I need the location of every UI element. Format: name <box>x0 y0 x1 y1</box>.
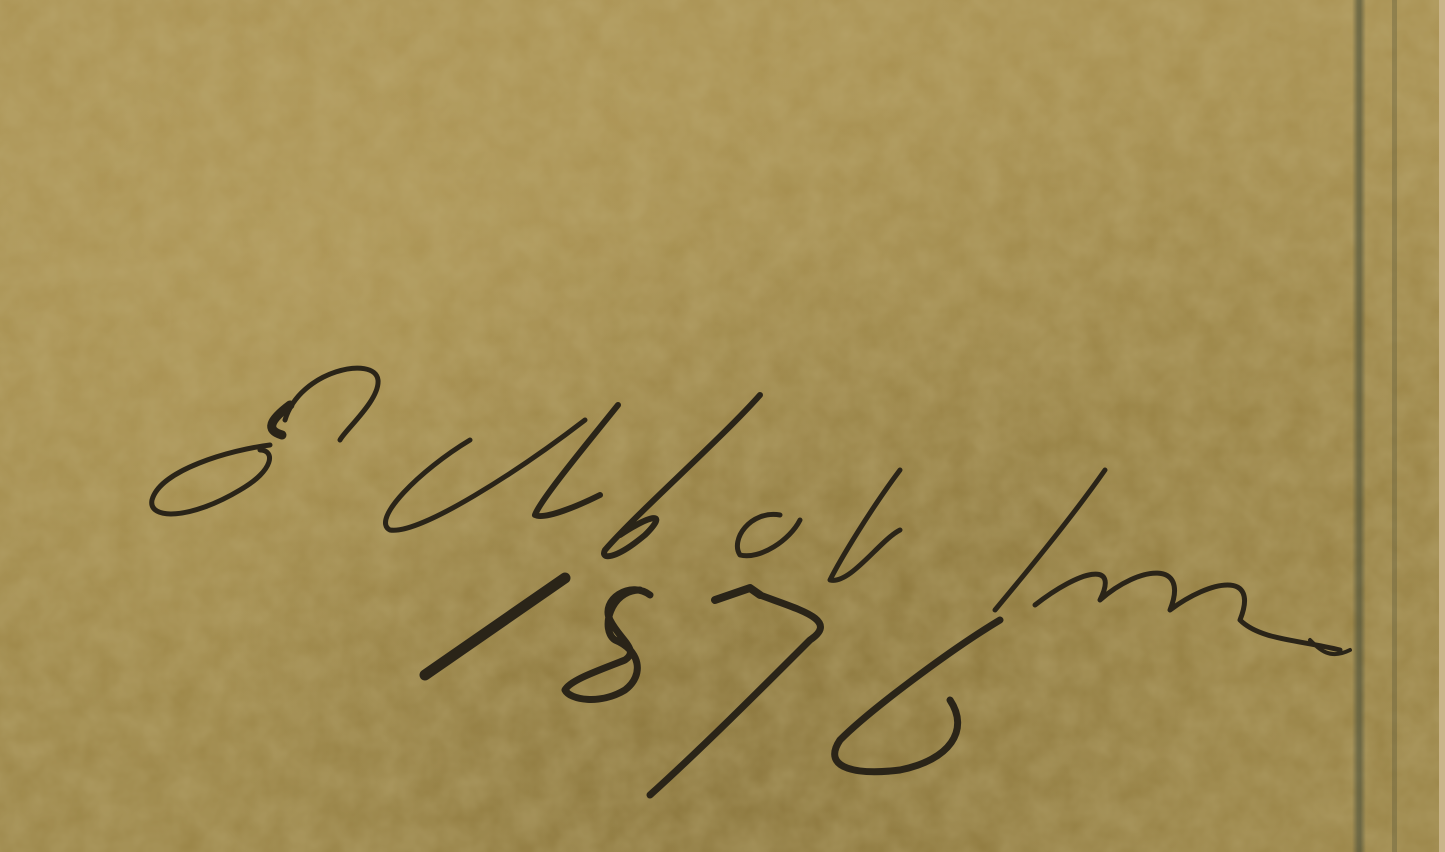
aged-paper <box>0 0 1445 852</box>
signature-ink <box>0 0 1445 852</box>
